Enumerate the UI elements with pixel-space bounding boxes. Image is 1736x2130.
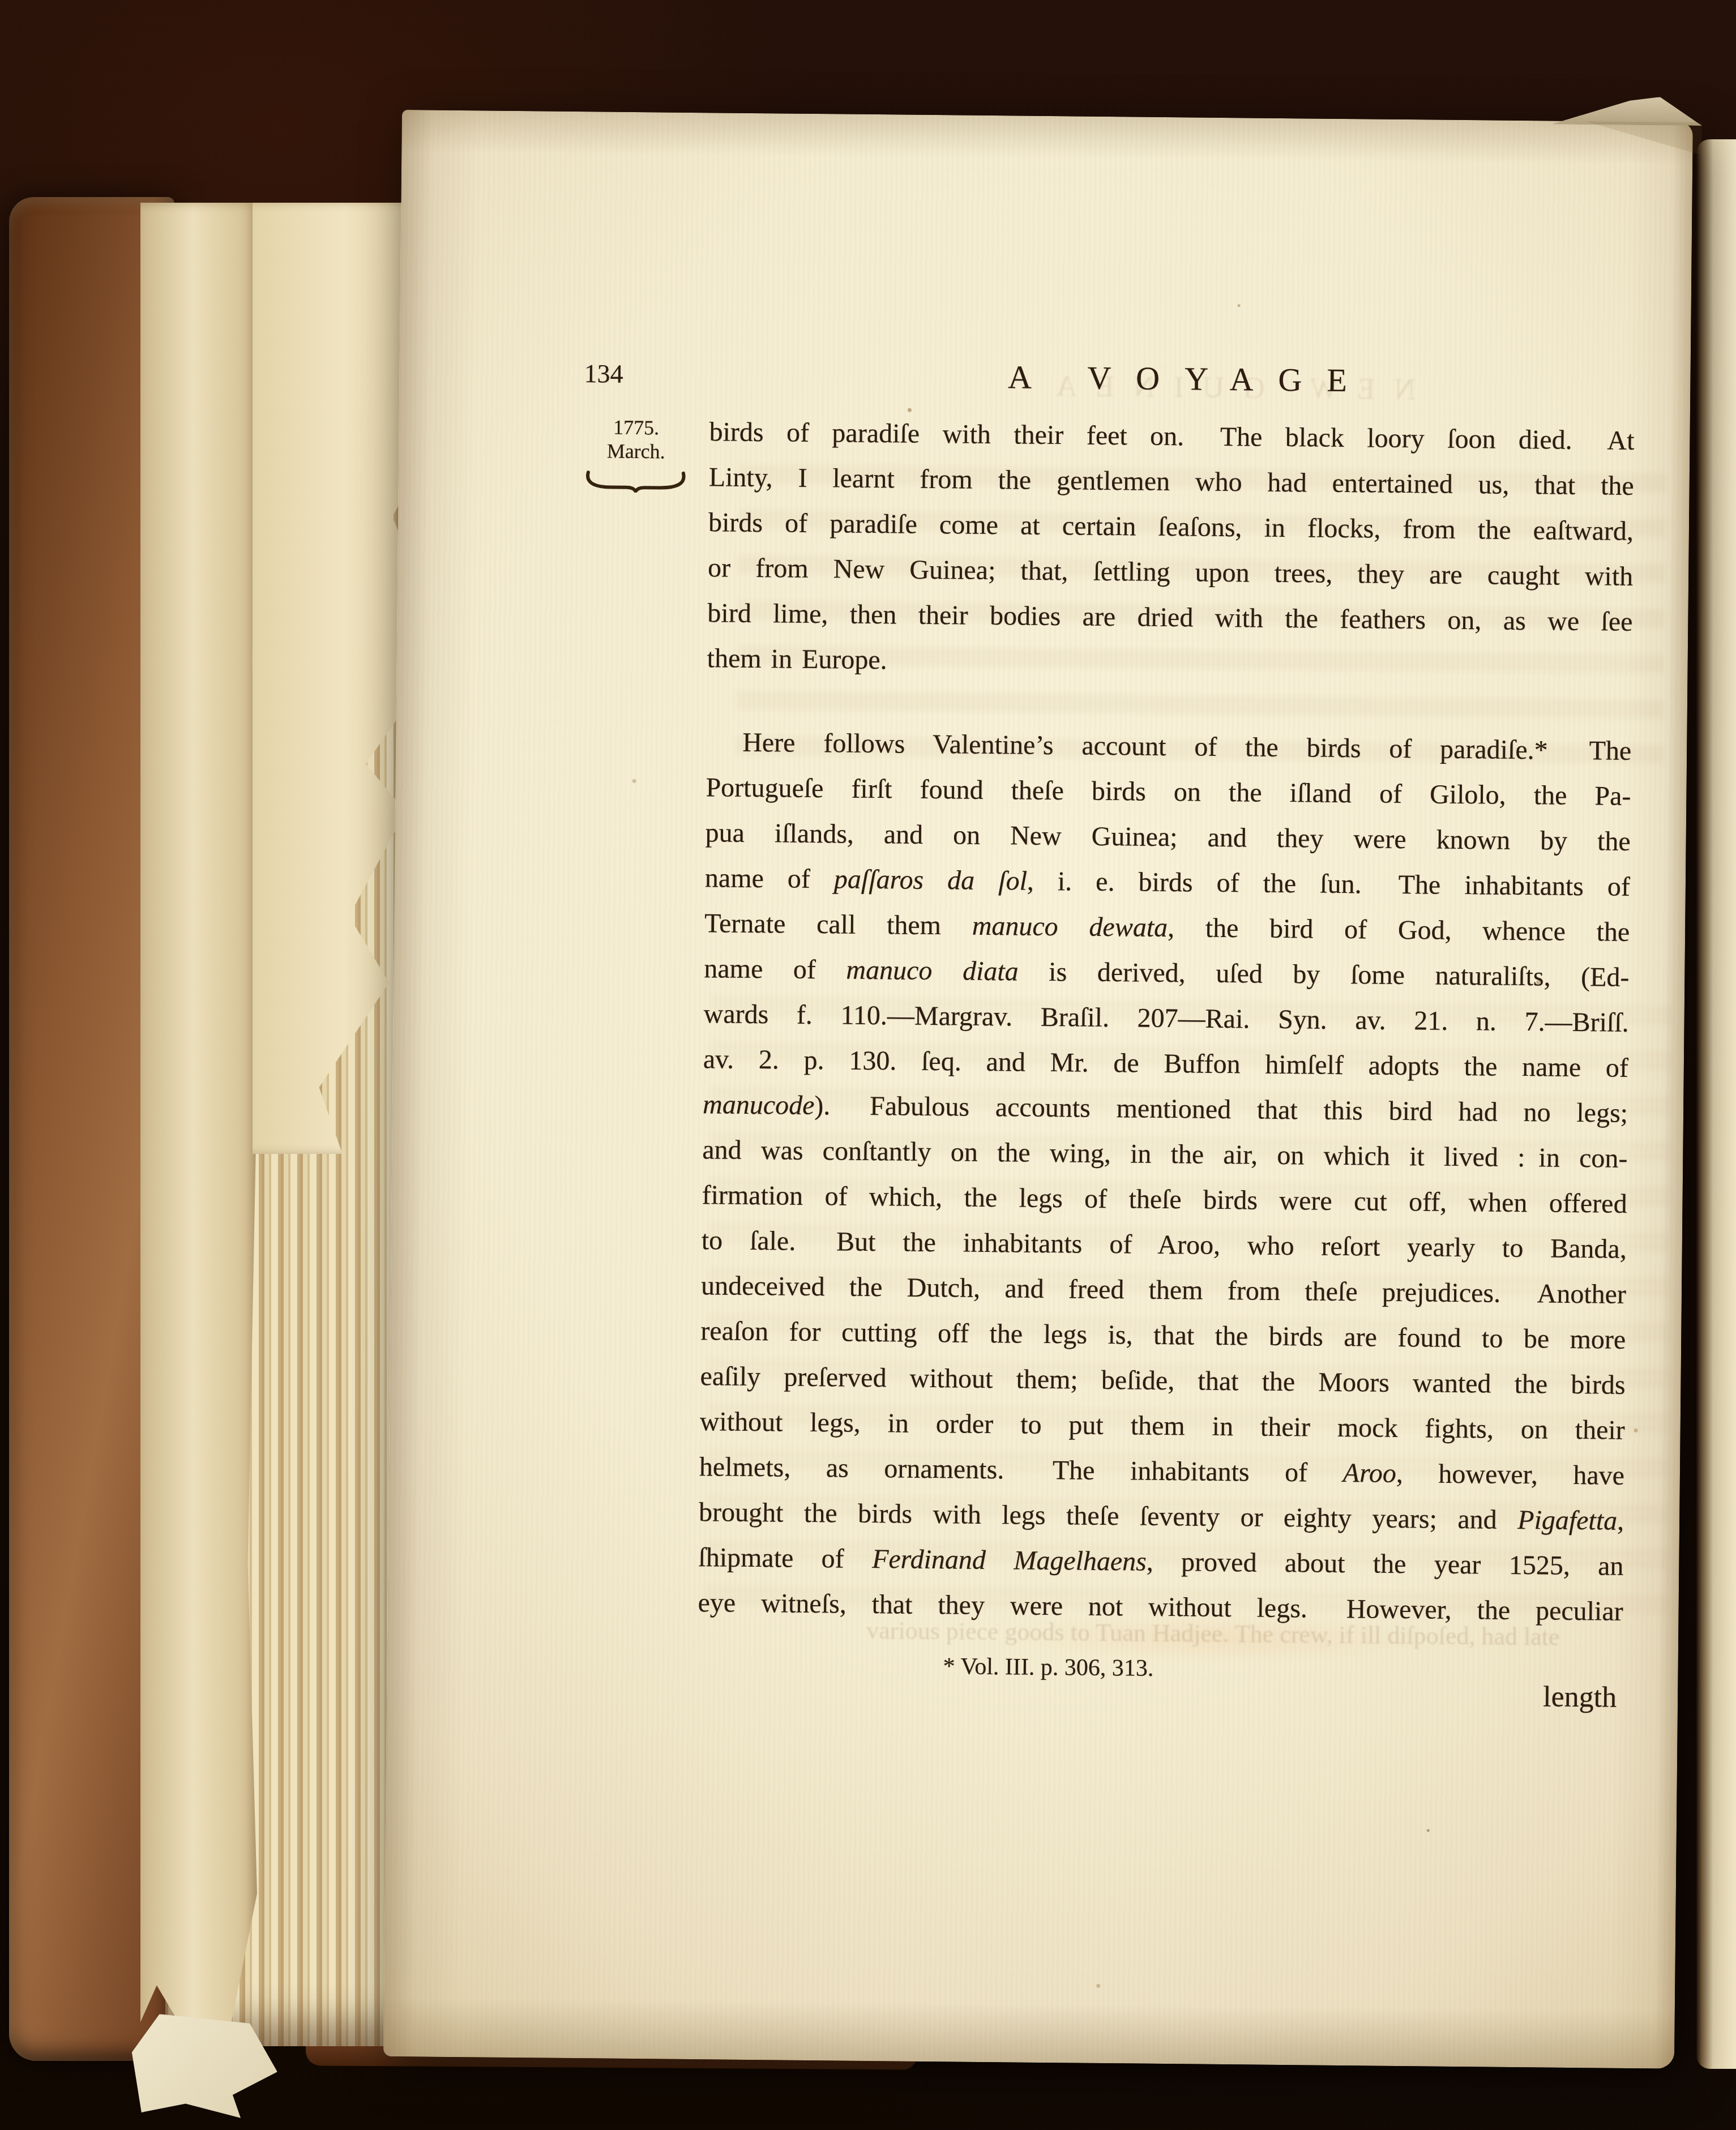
paragraph: birds of paradiſe with their feet on. Th… [707,409,1635,690]
text-segment: to ſale. But the inhabitants of Aroo, wh… [702,1225,1627,1264]
margin-note-year: 1775. [578,415,694,440]
text-segment: pua iſlands, and on New Guinea; and they… [705,818,1631,857]
text-line: bird lime, then their bodies are dried w… [707,591,1633,645]
text-line: birds of paradiſe with their feet on. Th… [709,409,1635,464]
text-segment: manuco dewata [972,911,1168,943]
text-segment: Portugueſe firſt found theſe birds on th… [705,772,1631,811]
margin-note-month: March. [578,439,694,464]
text-line: wards f. 110.—Margrav. Braſil. 207—Rai. … [703,991,1629,1046]
text-segment: without legs, in order to put them in th… [700,1406,1625,1445]
text-segment: name of [705,863,834,894]
text-segment: ). Fabulous accounts mentioned that this… [814,1090,1628,1128]
text-segment: firmation of which, the legs of theſe bi… [702,1180,1627,1219]
dog-ear-corner [1551,96,1702,126]
text-segment: or from New Guinea; that, ſettling upon … [708,553,1633,592]
text-segment: wards f. 110.—Margrav. Braſil. 207—Rai. … [703,999,1628,1038]
torn-page-fragment [140,203,257,2041]
text-line: Here follows Valentine’s account of the … [706,720,1632,774]
text-line: firmation of which, the legs of theſe bi… [702,1173,1627,1227]
text-segment: Ternate call them [704,908,972,941]
page-number: 134 [584,358,623,389]
text-segment: birds of paradiſe come at certain ſeaſon… [708,507,1634,546]
text-line: av. 2. p. 130. ſeq. and Mr. de Buffon hi… [703,1037,1629,1091]
catchword: length [1432,1679,1617,1714]
text-line: ſhipmate of Ferdinand Magelhaens, proved… [698,1535,1624,1589]
text-line: them in Europe. [707,636,1632,690]
brace-squiggle-icon [584,468,687,493]
text-segment: paſſaros da ſol [834,864,1027,896]
facing-page-sliver [1696,139,1736,2069]
text-line: birds of paradiſe come at certain ſeaſon… [708,500,1634,554]
text-line: and was conſtantly on the wing, in the a… [702,1127,1628,1182]
text-segment: Ferdinand Magelhaens [872,1544,1147,1577]
text-segment: undeceived the Dutch, and freed them fro… [701,1271,1626,1310]
text-segment: and was conſtantly on the wing, in the a… [702,1135,1627,1174]
text-segment: them in Europe. [707,643,887,675]
text-line: or from New Guinea; that, ſettling upon … [708,545,1634,600]
text-line: helmets, as ornaments. The inhabitants o… [699,1444,1625,1499]
book-page: NEW GUINEA various piece goods to Tuan H… [383,110,1693,2069]
text-segment: manuco diata [846,955,1019,987]
text-segment: brought the birds with legs theſe ſevent… [699,1497,1517,1535]
text-segment: is derived, uſed by ſome naturaliſts, (E… [1018,957,1629,993]
text-segment: , proved about the year 1525, an [1147,1547,1624,1581]
margin-date-note: 1775. March. [578,415,695,493]
text-line: Ternate call them manuco dewata, the bir… [704,901,1630,955]
text-segment: eye witneſs, that they were not without … [698,1588,1623,1627]
text-line: Linty, I learnt from the gentlemen who h… [708,455,1634,509]
text-segment: , i. e. birds of the ſun. The inhabitant… [1027,866,1631,902]
text-segment: manucode [703,1089,815,1120]
text-segment: Aroo [1342,1458,1396,1489]
text-segment: helmets, as ornaments. The inhabitants o… [699,1452,1343,1488]
text-segment: birds of paradiſe with their feet on. Th… [709,417,1634,456]
text-segment: eaſily preſerved without them; beſide, t… [700,1361,1625,1400]
footnote: * Vol. III. p. 306, 313. [943,1653,1153,1682]
text-segment: name of [704,953,846,985]
text-segment: Here follows Valentine’s account of the … [742,728,1631,766]
text-line: reaſon for cutting off the legs is, that… [700,1308,1626,1363]
text-line: eaſily preſerved without them; beſide, t… [700,1354,1626,1408]
text-segment: Pigafetta [1517,1505,1617,1536]
corner-crease [1585,121,1702,155]
text-line: pua iſlands, and on New Guinea; and they… [705,810,1631,865]
text-line: without legs, in order to put them in th… [699,1399,1625,1453]
text-segment: , [1617,1506,1624,1536]
text-line: brought the birds with legs theſe ſevent… [699,1490,1624,1544]
text-segment: bird lime, then their bodies are dried w… [707,598,1632,637]
text-segment: reaſon for cutting off the legs is, that… [700,1316,1626,1355]
paragraph: Here follows Valentine’s account of the … [698,720,1631,1635]
text-line: to ſale. But the inhabitants of Aroo, wh… [701,1218,1627,1272]
text-segment: ſhipmate of [698,1542,872,1574]
paper-specks [402,110,404,112]
text-line: undeceived the Dutch, and freed them fro… [701,1263,1627,1318]
text-segment: av. 2. p. 130. ſeq. and Mr. de Buffon hi… [703,1044,1628,1083]
text-segment: , the bird of God, whence the [1168,913,1630,947]
text-segment: , however, have [1396,1459,1624,1491]
text-line: name of paſſaros da ſol, i. e. birds of … [705,856,1631,910]
photo-background: NEW GUINEA various piece goods to Tuan H… [0,0,1736,2130]
text-segment: Linty, I learnt from the gentlemen who h… [709,462,1634,501]
running-title: A VOYAGE [957,357,1405,400]
text-line: manucode). Fabulous accounts mentioned t… [703,1082,1628,1136]
text-line: Portugueſe firſt found theſe birds on th… [705,765,1631,819]
text-line: name of manuco diata is derived, uſed by… [704,946,1630,1000]
text-line: eye witneſs, that they were not without … [698,1580,1623,1635]
